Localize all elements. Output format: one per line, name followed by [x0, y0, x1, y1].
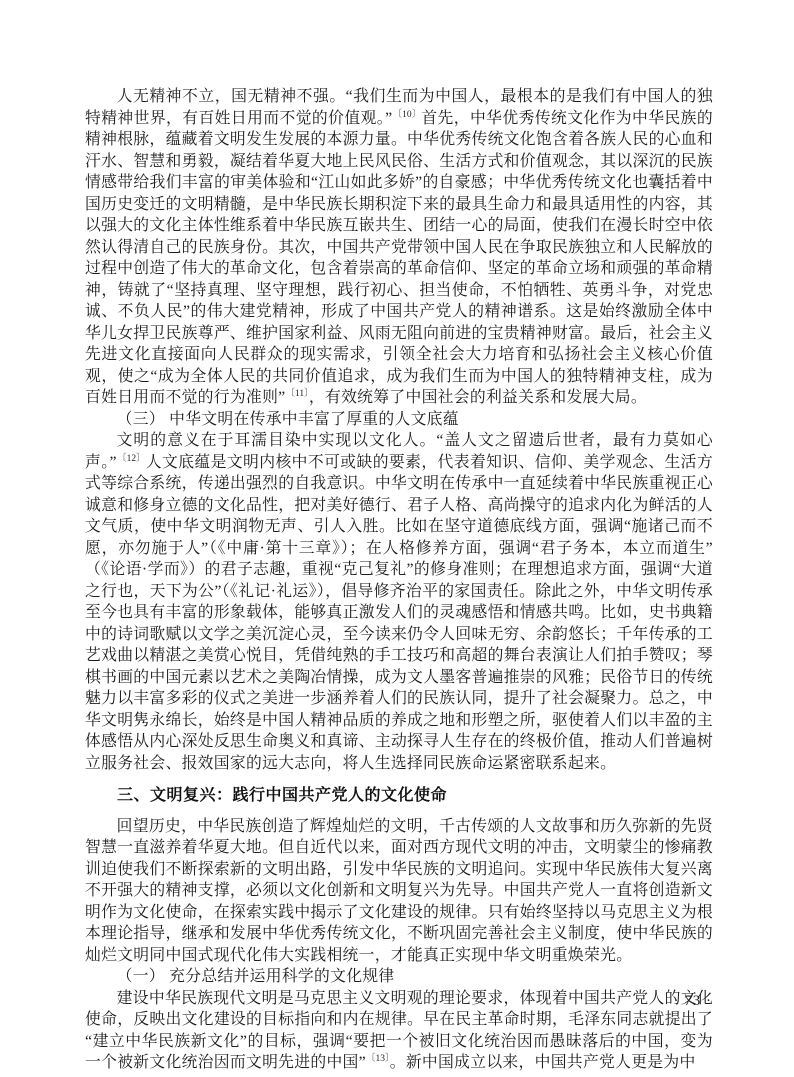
paragraph-text: 首先，中华优秀传统文化作为中华民族的精神根脉，蕴藏着文明发生发展的本源力量。中华… — [85, 110, 713, 407]
paragraph-text: ，有效统筹了中国社会的利益关系和发展大局。 — [309, 389, 647, 406]
subsection-heading-renwen-diyun: （三） 中华文明在传承中丰富了厚重的人文底蕴 — [85, 409, 713, 431]
page-number: · 73 · — [674, 993, 713, 1010]
paragraph-spiritual-foundation: 人无精神不立，国无精神不强。“我们生而为中国人，最根本的是我们有中国人的独特精神… — [85, 86, 713, 409]
footnote-ref-11: 〔11〕 — [285, 389, 308, 399]
paragraph-modern-civilization: 建设中华民族现代文明是马克思主义文明观的理论要求，体现着中国共产党人的文化使命，… — [85, 988, 713, 1074]
paragraph-history-review: 回望历史，中华民族创造了辉煌灿烂的文明，千古传颂的人文故事和历久弥新的先贤智慧一… — [85, 816, 713, 967]
footnote-ref-10: 〔10〕 — [392, 110, 421, 120]
paragraph-text: 人文底蕴是文明内核中不可或缺的要素，代表着知识、信仰、美学观念、生活方式等综合系… — [85, 454, 713, 772]
paragraph-renwen-diyun: 文明的意义在于耳濡目染中实现以文化人。“盖人文之留遗后世者，最有力莫如心声。”〔… — [85, 430, 713, 774]
subsection-heading-cultural-laws: （一） 充分总结并运用科学的文化规律 — [85, 966, 713, 988]
footnote-ref-13: 〔13〕 — [366, 1054, 390, 1064]
paragraph-text: 。新中国成立以来，中国共产党人更是为中 — [390, 1054, 696, 1071]
article-body: 人无精神不立，国无精神不强。“我们生而为中国人，最根本的是我们有中国人的独特精神… — [85, 86, 713, 1074]
section-heading-civilization-rejuvenation: 三、文明复兴：践行中国共产党人的文化使命 — [85, 785, 713, 807]
footnote-ref-12: 〔12〕 — [117, 454, 146, 464]
document-page: 人无精神不立，国无精神不强。“我们生而为中国人，最根本的是我们有中国人的独特精神… — [0, 0, 794, 1077]
